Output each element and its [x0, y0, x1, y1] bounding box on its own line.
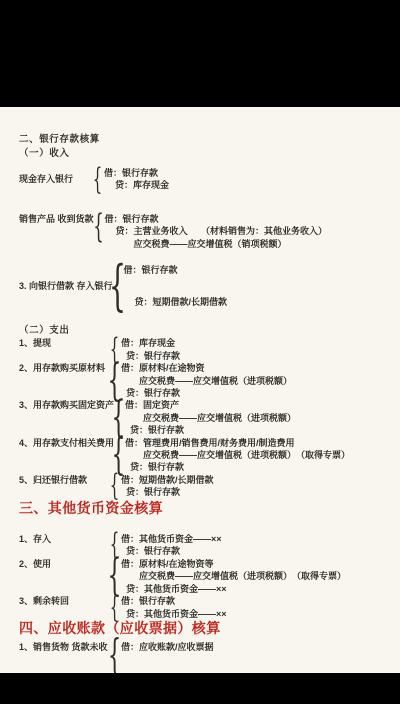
entry-lines: 借：银行存款 贷：短期借款/长期借款 — [124, 264, 228, 308]
entry-label: 4、用存款支付相关费用 — [19, 437, 114, 449]
debit-line: 借：应收账款/应收票据 — [121, 641, 214, 653]
debit-line: 借：短期借款/长期借款 — [121, 474, 214, 486]
credit-line: 贷：银行存款 — [130, 424, 296, 436]
entry-label: 2、使用 — [19, 558, 110, 570]
debit-line: 借：原材料/在途物资 — [121, 362, 292, 374]
entry-label: 5、归还银行借款 — [19, 474, 110, 486]
credit-line: 贷：其他货币资金——×× — [126, 608, 227, 620]
brace-icon: { — [112, 638, 117, 672]
accounting-notes-page: 二、银行存款核算 （一）收入 现金存入银行 { 借：银行存款 贷：库存现金 销售… — [0, 107, 400, 673]
debit-line: 借：银行存款 — [105, 213, 328, 225]
debit-line: 借：原材料/在途物资等 — [121, 558, 346, 570]
entry-lines: 借：管理费用/销售费用/财务费用/制造费用 应交税费——应交增值税（进项税额） … — [125, 437, 350, 474]
brace-icon: { — [112, 474, 117, 499]
entry-sell-goods-payment-unreceived: 1、销售货物 货款未收 { 借：应收账款/应收票据 — [19, 641, 394, 672]
debit-line: 借：库存现金 — [121, 337, 180, 349]
tax-line: 应交税费——应交增值税（进项税额） （取得专票） — [139, 570, 346, 582]
tax-line: 应交税费——应交增值税（进项税额） — [143, 412, 296, 424]
entry-cash-withdrawal: 1、提现 { 借：库存现金 贷：银行存款 — [19, 337, 394, 362]
entry-buy-raw-materials: 2、用存款购买原材料 { 借：原材料/在途物资 应交税费——应交增值税（进项税额… — [19, 362, 394, 399]
debit-line: 借：管理费用/销售费用/财务费用/制造费用 — [125, 437, 350, 449]
entry-lines: 借：短期借款/长期借款 贷：银行存款 — [121, 474, 214, 499]
credit-line: 贷：其他货币资金——×× — [126, 583, 346, 595]
entry-lines: 借：原材料/在途物资等 应交税费——应交增值税（进项税额） （取得专票） 贷：其… — [121, 558, 346, 595]
entry-lines: 借：银行存款 贷：库存现金 — [104, 167, 169, 192]
debit-line: 借：其他货币资金——×× — [121, 533, 222, 545]
tax-line: 应交税费——应交增值税（进项税额） （取得专票） — [143, 449, 350, 461]
entry-lines: 借：固定资产 应交税费——应交增值税（进项税额） 贷：银行存款 — [125, 399, 296, 436]
debit-line: 借：银行存款 — [104, 167, 169, 179]
entry-lines: 借：其他货币资金——×× 贷：银行存款 — [121, 533, 222, 558]
bottom-letterbox — [0, 673, 400, 704]
subsection-title-expense: （二）支出 — [19, 324, 394, 337]
entry-surplus-transfer-back: 3、剩余转回 { 借：银行存款 贷：其他货币资金——×× — [19, 595, 394, 620]
credit-line: 贷：银行存款 — [126, 545, 222, 557]
entry-label: 3. 向银行借款 存入银行 — [19, 280, 113, 292]
entry-pay-related-expenses: 4、用存款支付相关费用 { 借：管理费用/销售费用/财务费用/制造费用 应交税费… — [19, 437, 394, 474]
debit-line: 借：银行存款 — [124, 264, 228, 276]
entry-buy-fixed-assets: 3、用存款购买固定资产 { 借：固定资产 应交税费——应交增值税（进项税额） 贷… — [19, 399, 394, 436]
entry-sell-product-receive-payment: 销售产品 收到货款 { 借：银行存款 贷：主营业务收入 （材料销售为：其他业务收… — [19, 213, 394, 250]
screenshot-root: 二、银行存款核算 （一）收入 现金存入银行 { 借：银行存款 贷：库存现金 销售… — [0, 0, 400, 704]
section-title-bank-deposit: 二、银行存款核算 — [19, 133, 394, 146]
entry-label: 1、提现 — [19, 337, 110, 349]
entry-bank-loan-deposit: 3. 向银行借款 存入银行 { 借：银行存款 贷：短期借款/长期借款 — [19, 264, 394, 308]
credit-line: 贷：库存现金 — [115, 179, 169, 191]
section-title-accounts-receivable: 四、应收账款（应收票据）核算 — [19, 620, 394, 637]
entry-label: 现金存入银行 — [19, 173, 93, 185]
entry-label: 1、存入 — [19, 533, 110, 545]
brace-icon: { — [95, 167, 100, 192]
entry-lines: 借：原材料/在途物资 应交税费——应交增值税（进项税额） 贷：银行存款 — [121, 362, 292, 399]
entry-repay-bank-loan: 5、归还银行借款 { 借：短期借款/长期借款 贷：银行存款 — [19, 474, 394, 499]
entry-label: 销售产品 收到货款 — [19, 213, 94, 225]
subsection-title-income: （一）收入 — [19, 147, 394, 160]
entry-label: 3、用存款购买固定资产 — [19, 399, 114, 411]
tax-line: 应交税费——应交增值税（销项税额） — [134, 238, 328, 250]
top-letterbox — [0, 0, 400, 107]
entry-deposit-other-funds: 1、存入 { 借：其他货币资金——×× 贷：银行存款 — [19, 533, 394, 558]
debit-line: 借：固定资产 — [125, 399, 296, 411]
credit-line: 贷：银行存款 — [126, 387, 292, 399]
entry-lines: 借：银行存款 贷：主营业务收入 （材料销售为：其他业务收入） 应交税费——应交增… — [105, 213, 328, 250]
entry-use-other-funds: 2、使用 { 借：原材料/在途物资等 应交税费——应交增值税（进项税额） （取得… — [19, 558, 394, 595]
debit-line: 借：银行存款 — [121, 595, 227, 607]
entry-lines: 借：库存现金 贷：银行存款 — [121, 337, 180, 362]
section-title-other-monetary-funds: 三、其他货币资金核算 — [19, 500, 394, 517]
entry-label: 1、销售货物 货款未收 — [19, 641, 110, 653]
credit-line: 贷：银行存款 — [130, 461, 350, 473]
entry-cash-into-bank: 现金存入银行 { 借：银行存款 贷：库存现金 — [19, 167, 394, 192]
entry-lines: 借：银行存款 贷：其他货币资金——×× — [121, 595, 227, 620]
brace-icon: { — [112, 595, 117, 620]
credit-line: 贷：银行存款 — [126, 350, 180, 362]
entry-lines: 借：应收账款/应收票据 — [121, 641, 214, 653]
brace-icon: { — [96, 212, 101, 239]
credit-line: 贷：银行存款 — [126, 486, 214, 498]
credit-line: 贷：短期借款/长期借款 — [135, 296, 228, 308]
entry-label: 3、剩余转回 — [19, 595, 110, 607]
credit-line: 贷：主营业务收入 （材料销售为：其他业务收入） — [116, 225, 328, 237]
tax-line: 应交税费——应交增值税（进项税额） — [139, 375, 292, 387]
brace-icon: { — [115, 264, 120, 308]
entry-label: 2、用存款购买原材料 — [19, 362, 110, 374]
